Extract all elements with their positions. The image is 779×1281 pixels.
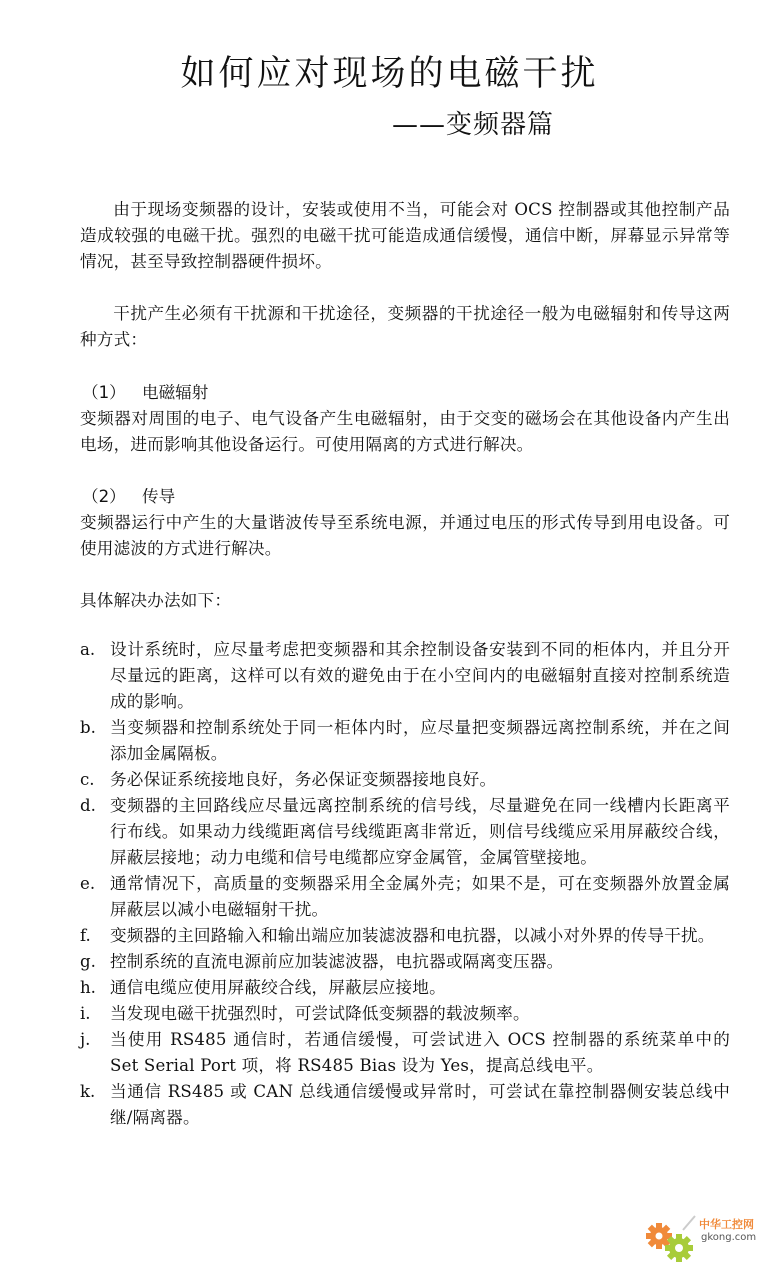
solution-text: 当通信 RS485 或 CAN 总线通信缓慢或异常时，可尝试在靠控制器侧安装总线… [110, 1079, 730, 1131]
solution-text: 务必保证系统接地良好，务必保证变频器接地良好。 [110, 767, 730, 793]
document-subtitle: ——变频器篇 [392, 104, 554, 141]
solution-item: d.变频器的主回路线应尽量远离控制系统的信号线，尽量避免在同一线槽内长距离平行布… [80, 793, 730, 871]
solution-text: 通常情况下，高质量的变频器采用全金属外壳；如果不是，可在变频器外放置金属屏蔽层以… [110, 871, 730, 923]
solution-item: e.通常情况下，高质量的变频器采用全金属外壳；如果不是，可在变频器外放置金属屏蔽… [80, 871, 730, 923]
list-marker: d. [80, 793, 110, 871]
list-marker: e. [80, 871, 110, 923]
solution-text: 当使用 RS485 通信时，若通信缓慢，可尝试进入 OCS 控制器的系统菜单中的… [110, 1027, 730, 1079]
list-marker: b. [80, 715, 110, 767]
section-2-heading: （2）传导 [82, 484, 175, 510]
document-title: 如何应对现场的电磁干扰 [0, 46, 779, 96]
solution-text: 控制系统的直流电源前应加装滤波器，电抗器或隔离变压器。 [110, 949, 730, 975]
list-marker: k. [80, 1079, 110, 1131]
solution-text: 通信电缆应使用屏蔽绞合线，屏蔽层应接地。 [110, 975, 730, 1001]
solution-text: 变频器的主回路线应尽量远离控制系统的信号线，尽量避免在同一线槽内长距离平行布线。… [110, 793, 730, 871]
solutions-list: a.设计系统时，应尽量考虑把变频器和其余控制设备安装到不同的柜体内，并且分开尽量… [80, 637, 730, 1131]
gkong-watermark: 中华工控网 gkong.com [643, 1208, 773, 1268]
solution-item: b.当变频器和控制系统处于同一柜体内时，应尽量把变频器远离控制系统，并在之间添加… [80, 715, 730, 767]
section-1-heading: （1）电磁辐射 [82, 380, 208, 406]
gear-logo-icon [643, 1208, 703, 1268]
solution-item: f.变频器的主回路输入和输出端应加装滤波器和电抗器，以减小对外界的传导干扰。 [80, 923, 730, 949]
section-1-number: （1） [82, 380, 142, 406]
section-2-title: 传导 [142, 487, 175, 506]
list-marker: h. [80, 975, 110, 1001]
list-marker: a. [80, 637, 110, 715]
section-1-title: 电磁辐射 [142, 383, 208, 402]
solution-item: a.设计系统时，应尽量考虑把变频器和其余控制设备安装到不同的柜体内，并且分开尽量… [80, 637, 730, 715]
solutions-intro: 具体解决办法如下： [80, 588, 730, 614]
solution-item: c.务必保证系统接地良好，务必保证变频器接地良好。 [80, 767, 730, 793]
solution-item: g.控制系统的直流电源前应加装滤波器，电抗器或隔离变压器。 [80, 949, 730, 975]
list-marker: g. [80, 949, 110, 975]
solution-text: 当发现电磁干扰强烈时，可尝试降低变频器的载波频率。 [110, 1001, 730, 1027]
watermark-domain: gkong.com [701, 1232, 756, 1243]
solution-text: 当变频器和控制系统处于同一柜体内时，应尽量把变频器远离控制系统，并在之间添加金属… [110, 715, 730, 767]
solution-item: j.当使用 RS485 通信时，若通信缓慢，可尝试进入 OCS 控制器的系统菜单… [80, 1027, 730, 1079]
solution-text: 设计系统时，应尽量考虑把变频器和其余控制设备安装到不同的柜体内，并且分开尽量远的… [110, 637, 730, 715]
paths-paragraph: 干扰产生必须有干扰源和干扰途径，变频器的干扰途径一般为电磁辐射和传导这两种方式： [80, 301, 730, 353]
list-marker: j. [80, 1027, 110, 1079]
list-marker: i. [80, 1001, 110, 1027]
solution-item: k.当通信 RS485 或 CAN 总线通信缓慢或异常时，可尝试在靠控制器侧安装… [80, 1079, 730, 1131]
solution-item: h.通信电缆应使用屏蔽绞合线，屏蔽层应接地。 [80, 975, 730, 1001]
solution-text: 变频器的主回路输入和输出端应加装滤波器和电抗器，以减小对外界的传导干扰。 [110, 923, 730, 949]
section-2-body: 变频器运行中产生的大量谐波传导至系统电源，并通过电压的形式传导到用电设备。可使用… [80, 510, 730, 562]
watermark-name: 中华工控网 [699, 1216, 754, 1232]
list-marker: f. [80, 923, 110, 949]
solution-item: i.当发现电磁干扰强烈时，可尝试降低变频器的载波频率。 [80, 1001, 730, 1027]
list-marker: c. [80, 767, 110, 793]
section-2-number: （2） [82, 484, 142, 510]
intro-paragraph: 由于现场变频器的设计，安装或使用不当，可能会对 OCS 控制器或其他控制产品造成… [80, 197, 730, 275]
section-1-body: 变频器对周围的电子、电气设备产生电磁辐射，由于交变的磁场会在其他设备内产生出电场… [80, 406, 730, 458]
